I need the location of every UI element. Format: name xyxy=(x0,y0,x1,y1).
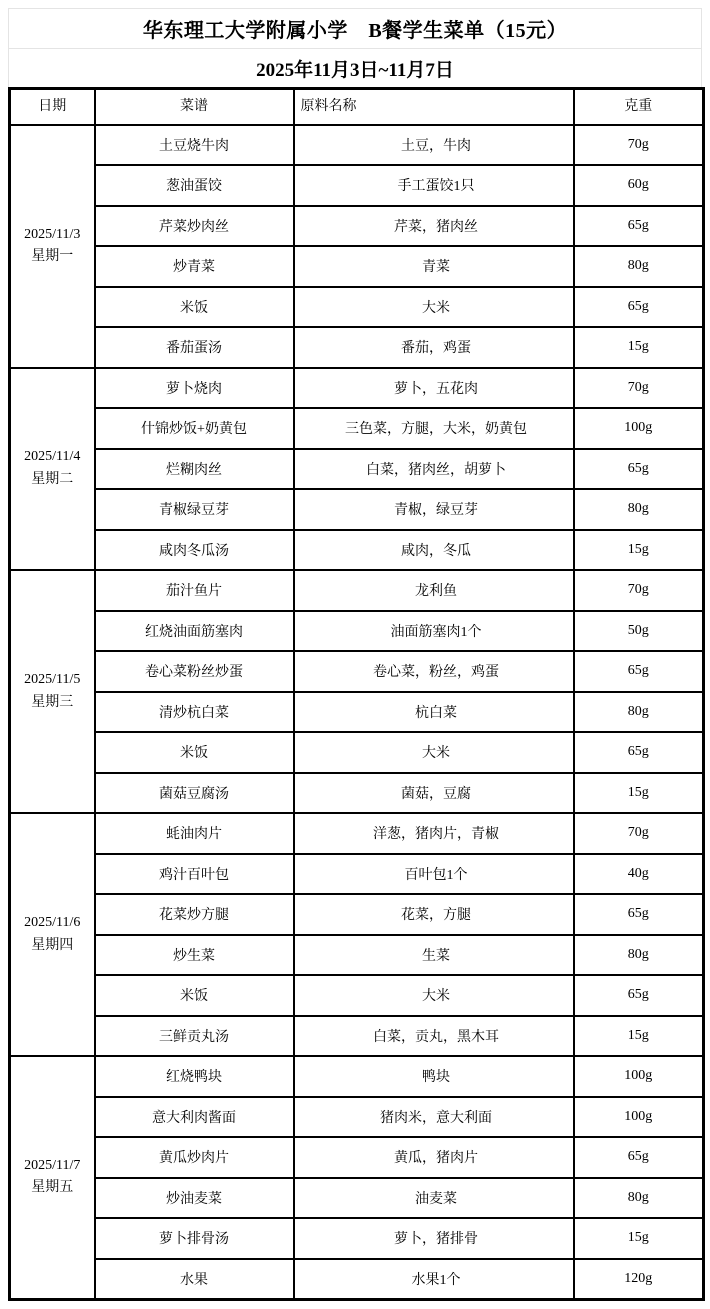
ingredients-cell: 百叶包1个 xyxy=(294,854,574,895)
date-text: 2025/11/4 xyxy=(12,446,93,468)
menu-row: 花菜炒方腿花菜，方腿65g xyxy=(10,894,704,935)
ingredients-cell: 白菜，贡丸，黑木耳 xyxy=(294,1016,574,1057)
dish-cell: 葱油蛋饺 xyxy=(95,165,294,206)
ingredients-cell: 菌菇，豆腐 xyxy=(294,773,574,814)
ingredients-cell: 土豆，牛肉 xyxy=(294,125,574,166)
weekday-text: 星期五 xyxy=(12,1177,93,1199)
weekday-text: 星期一 xyxy=(12,246,93,268)
ingredients-cell: 生菜 xyxy=(294,935,574,976)
dish-cell: 炒油麦菜 xyxy=(95,1178,294,1219)
menu-row: 菌菇豆腐汤菌菇，豆腐15g xyxy=(10,773,704,814)
dish-cell: 三鲜贡丸汤 xyxy=(95,1016,294,1057)
dish-cell: 萝卜排骨汤 xyxy=(95,1218,294,1259)
menu-row: 咸肉冬瓜汤咸肉，冬瓜15g xyxy=(10,530,704,571)
weight-cell: 50g xyxy=(574,611,704,652)
dish-cell: 青椒绿豆芽 xyxy=(95,489,294,530)
weight-cell: 80g xyxy=(574,1178,704,1219)
weight-cell: 60g xyxy=(574,165,704,206)
dish-cell: 米饭 xyxy=(95,732,294,773)
ingredients-cell: 手工蛋饺1只 xyxy=(294,165,574,206)
dish-cell: 炒青菜 xyxy=(95,246,294,287)
ingredients-cell: 猪肉米，意大利面 xyxy=(294,1097,574,1138)
weight-cell: 100g xyxy=(574,408,704,449)
ingredients-cell: 花菜，方腿 xyxy=(294,894,574,935)
ingredients-cell: 油面筋塞肉1个 xyxy=(294,611,574,652)
dish-cell: 米饭 xyxy=(95,287,294,328)
date-text: 2025/11/3 xyxy=(12,224,93,246)
date-text: 2025/11/5 xyxy=(12,669,93,691)
weight-cell: 15g xyxy=(574,1218,704,1259)
menu-row: 2025/11/7星期五红烧鸭块鸭块100g xyxy=(10,1056,704,1097)
ingredients-cell: 萝卜，五花肉 xyxy=(294,368,574,409)
menu-row: 番茄蛋汤番茄，鸡蛋15g xyxy=(10,327,704,368)
ingredients-cell: 杭白菜 xyxy=(294,692,574,733)
ingredients-cell: 番茄，鸡蛋 xyxy=(294,327,574,368)
weight-cell: 70g xyxy=(574,368,704,409)
dish-cell: 水果 xyxy=(95,1259,294,1300)
dish-cell: 烂糊肉丝 xyxy=(95,449,294,490)
dish-cell: 米饭 xyxy=(95,975,294,1016)
ingredients-cell: 青菜 xyxy=(294,246,574,287)
menu-row: 米饭大米65g xyxy=(10,975,704,1016)
header-weight: 克重 xyxy=(574,89,704,125)
menu-row: 烂糊肉丝白菜，猪肉丝，胡萝卜65g xyxy=(10,449,704,490)
menu-row: 2025/11/5星期三茄汁鱼片龙利鱼70g xyxy=(10,570,704,611)
ingredients-cell: 三色菜，方腿，大米，奶黄包 xyxy=(294,408,574,449)
menu-row: 水果水果1个120g xyxy=(10,1259,704,1300)
weight-cell: 65g xyxy=(574,287,704,328)
dish-cell: 花菜炒方腿 xyxy=(95,894,294,935)
date-range: 2025年11月3日~11月7日 xyxy=(9,49,701,88)
menu-row: 2025/11/4星期二萝卜烧肉萝卜，五花肉70g xyxy=(10,368,704,409)
date-cell: 2025/11/3星期一 xyxy=(10,125,95,368)
weight-cell: 70g xyxy=(574,570,704,611)
header-dish: 菜谱 xyxy=(95,89,294,125)
weight-cell: 100g xyxy=(574,1056,704,1097)
menu-row: 什锦炒饭+奶黄包三色菜，方腿，大米，奶黄包100g xyxy=(10,408,704,449)
menu-table-body: 2025/11/3星期一土豆烧牛肉土豆，牛肉70g葱油蛋饺手工蛋饺1只60g芹菜… xyxy=(10,125,704,1300)
weight-cell: 65g xyxy=(574,894,704,935)
ingredients-cell: 咸肉，冬瓜 xyxy=(294,530,574,571)
dish-cell: 萝卜烧肉 xyxy=(95,368,294,409)
date-cell: 2025/11/4星期二 xyxy=(10,368,95,571)
menu-row: 三鲜贡丸汤白菜，贡丸，黑木耳15g xyxy=(10,1016,704,1057)
ingredients-cell: 萝卜，猪排骨 xyxy=(294,1218,574,1259)
dish-cell: 什锦炒饭+奶黄包 xyxy=(95,408,294,449)
date-cell: 2025/11/6星期四 xyxy=(10,813,95,1056)
weight-cell: 15g xyxy=(574,327,704,368)
dish-cell: 黄瓜炒肉片 xyxy=(95,1137,294,1178)
ingredients-cell: 黄瓜，猪肉片 xyxy=(294,1137,574,1178)
menu-row: 炒青菜青菜80g xyxy=(10,246,704,287)
weight-cell: 65g xyxy=(574,206,704,247)
dish-cell: 炒生菜 xyxy=(95,935,294,976)
weight-cell: 15g xyxy=(574,1016,704,1057)
header-date: 日期 xyxy=(10,89,95,125)
menu-row: 炒生菜生菜80g xyxy=(10,935,704,976)
dish-cell: 意大利肉酱面 xyxy=(95,1097,294,1138)
date-text: 2025/11/7 xyxy=(12,1155,93,1177)
menu-row: 萝卜排骨汤萝卜，猪排骨15g xyxy=(10,1218,704,1259)
weight-cell: 120g xyxy=(574,1259,704,1300)
menu-table-header: 日期 菜谱 原料名称 克重 xyxy=(10,89,704,125)
dish-cell: 清炒杭白菜 xyxy=(95,692,294,733)
weight-cell: 65g xyxy=(574,1137,704,1178)
ingredients-cell: 龙利鱼 xyxy=(294,570,574,611)
date-text: 2025/11/6 xyxy=(12,912,93,934)
header-ingredients: 原料名称 xyxy=(294,89,574,125)
ingredients-cell: 大米 xyxy=(294,975,574,1016)
date-cell: 2025/11/5星期三 xyxy=(10,570,95,813)
header-row: 日期 菜谱 原料名称 克重 xyxy=(10,89,704,125)
ingredients-cell: 水果1个 xyxy=(294,1259,574,1300)
weight-cell: 80g xyxy=(574,935,704,976)
weight-cell: 15g xyxy=(574,530,704,571)
weight-cell: 80g xyxy=(574,246,704,287)
weight-cell: 15g xyxy=(574,773,704,814)
weight-cell: 80g xyxy=(574,489,704,530)
dish-cell: 咸肉冬瓜汤 xyxy=(95,530,294,571)
title-block: 华东理工大学附属小学 B餐学生菜单（15元） 2025年11月3日~11月7日 xyxy=(8,8,702,88)
weekday-text: 星期四 xyxy=(12,935,93,957)
ingredients-cell: 卷心菜，粉丝，鸡蛋 xyxy=(294,651,574,692)
weekday-text: 星期二 xyxy=(12,469,93,491)
weight-cell: 80g xyxy=(574,692,704,733)
weekday-text: 星期三 xyxy=(12,692,93,714)
ingredients-cell: 大米 xyxy=(294,732,574,773)
weight-cell: 70g xyxy=(574,125,704,166)
ingredients-cell: 青椒，绿豆芽 xyxy=(294,489,574,530)
ingredients-cell: 芹菜，猪肉丝 xyxy=(294,206,574,247)
ingredients-cell: 鸭块 xyxy=(294,1056,574,1097)
menu-row: 芹菜炒肉丝芹菜，猪肉丝65g xyxy=(10,206,704,247)
weight-cell: 40g xyxy=(574,854,704,895)
dish-cell: 红烧油面筋塞肉 xyxy=(95,611,294,652)
ingredients-cell: 大米 xyxy=(294,287,574,328)
dish-cell: 鸡汁百叶包 xyxy=(95,854,294,895)
weight-cell: 100g xyxy=(574,1097,704,1138)
weight-cell: 65g xyxy=(574,975,704,1016)
dish-cell: 芹菜炒肉丝 xyxy=(95,206,294,247)
weight-cell: 65g xyxy=(574,651,704,692)
menu-row: 青椒绿豆芽青椒，绿豆芽80g xyxy=(10,489,704,530)
menu-row: 卷心菜粉丝炒蛋卷心菜，粉丝，鸡蛋65g xyxy=(10,651,704,692)
menu-row: 米饭大米65g xyxy=(10,732,704,773)
dish-cell: 土豆烧牛肉 xyxy=(95,125,294,166)
dish-cell: 蚝油肉片 xyxy=(95,813,294,854)
menu-page: 华东理工大学附属小学 B餐学生菜单（15元） 2025年11月3日~11月7日 … xyxy=(0,0,710,1309)
menu-row: 炒油麦菜油麦菜80g xyxy=(10,1178,704,1219)
dish-cell: 番茄蛋汤 xyxy=(95,327,294,368)
page-title: 华东理工大学附属小学 B餐学生菜单（15元） xyxy=(9,9,701,49)
menu-row: 鸡汁百叶包百叶包1个40g xyxy=(10,854,704,895)
menu-row: 清炒杭白菜杭白菜80g xyxy=(10,692,704,733)
menu-row: 葱油蛋饺手工蛋饺1只60g xyxy=(10,165,704,206)
date-cell: 2025/11/7星期五 xyxy=(10,1056,95,1299)
dish-cell: 茄汁鱼片 xyxy=(95,570,294,611)
weight-cell: 65g xyxy=(574,449,704,490)
menu-row: 2025/11/6星期四蚝油肉片洋葱，猪肉片，青椒70g xyxy=(10,813,704,854)
menu-row: 红烧油面筋塞肉油面筋塞肉1个50g xyxy=(10,611,704,652)
weight-cell: 70g xyxy=(574,813,704,854)
dish-cell: 菌菇豆腐汤 xyxy=(95,773,294,814)
menu-row: 米饭大米65g xyxy=(10,287,704,328)
ingredients-cell: 白菜，猪肉丝，胡萝卜 xyxy=(294,449,574,490)
dish-cell: 卷心菜粉丝炒蛋 xyxy=(95,651,294,692)
menu-row: 2025/11/3星期一土豆烧牛肉土豆，牛肉70g xyxy=(10,125,704,166)
menu-row: 黄瓜炒肉片黄瓜，猪肉片65g xyxy=(10,1137,704,1178)
dish-cell: 红烧鸭块 xyxy=(95,1056,294,1097)
ingredients-cell: 油麦菜 xyxy=(294,1178,574,1219)
menu-row: 意大利肉酱面猪肉米，意大利面100g xyxy=(10,1097,704,1138)
ingredients-cell: 洋葱，猪肉片，青椒 xyxy=(294,813,574,854)
weight-cell: 65g xyxy=(574,732,704,773)
menu-table: 日期 菜谱 原料名称 克重 2025/11/3星期一土豆烧牛肉土豆，牛肉70g葱… xyxy=(8,87,705,1301)
